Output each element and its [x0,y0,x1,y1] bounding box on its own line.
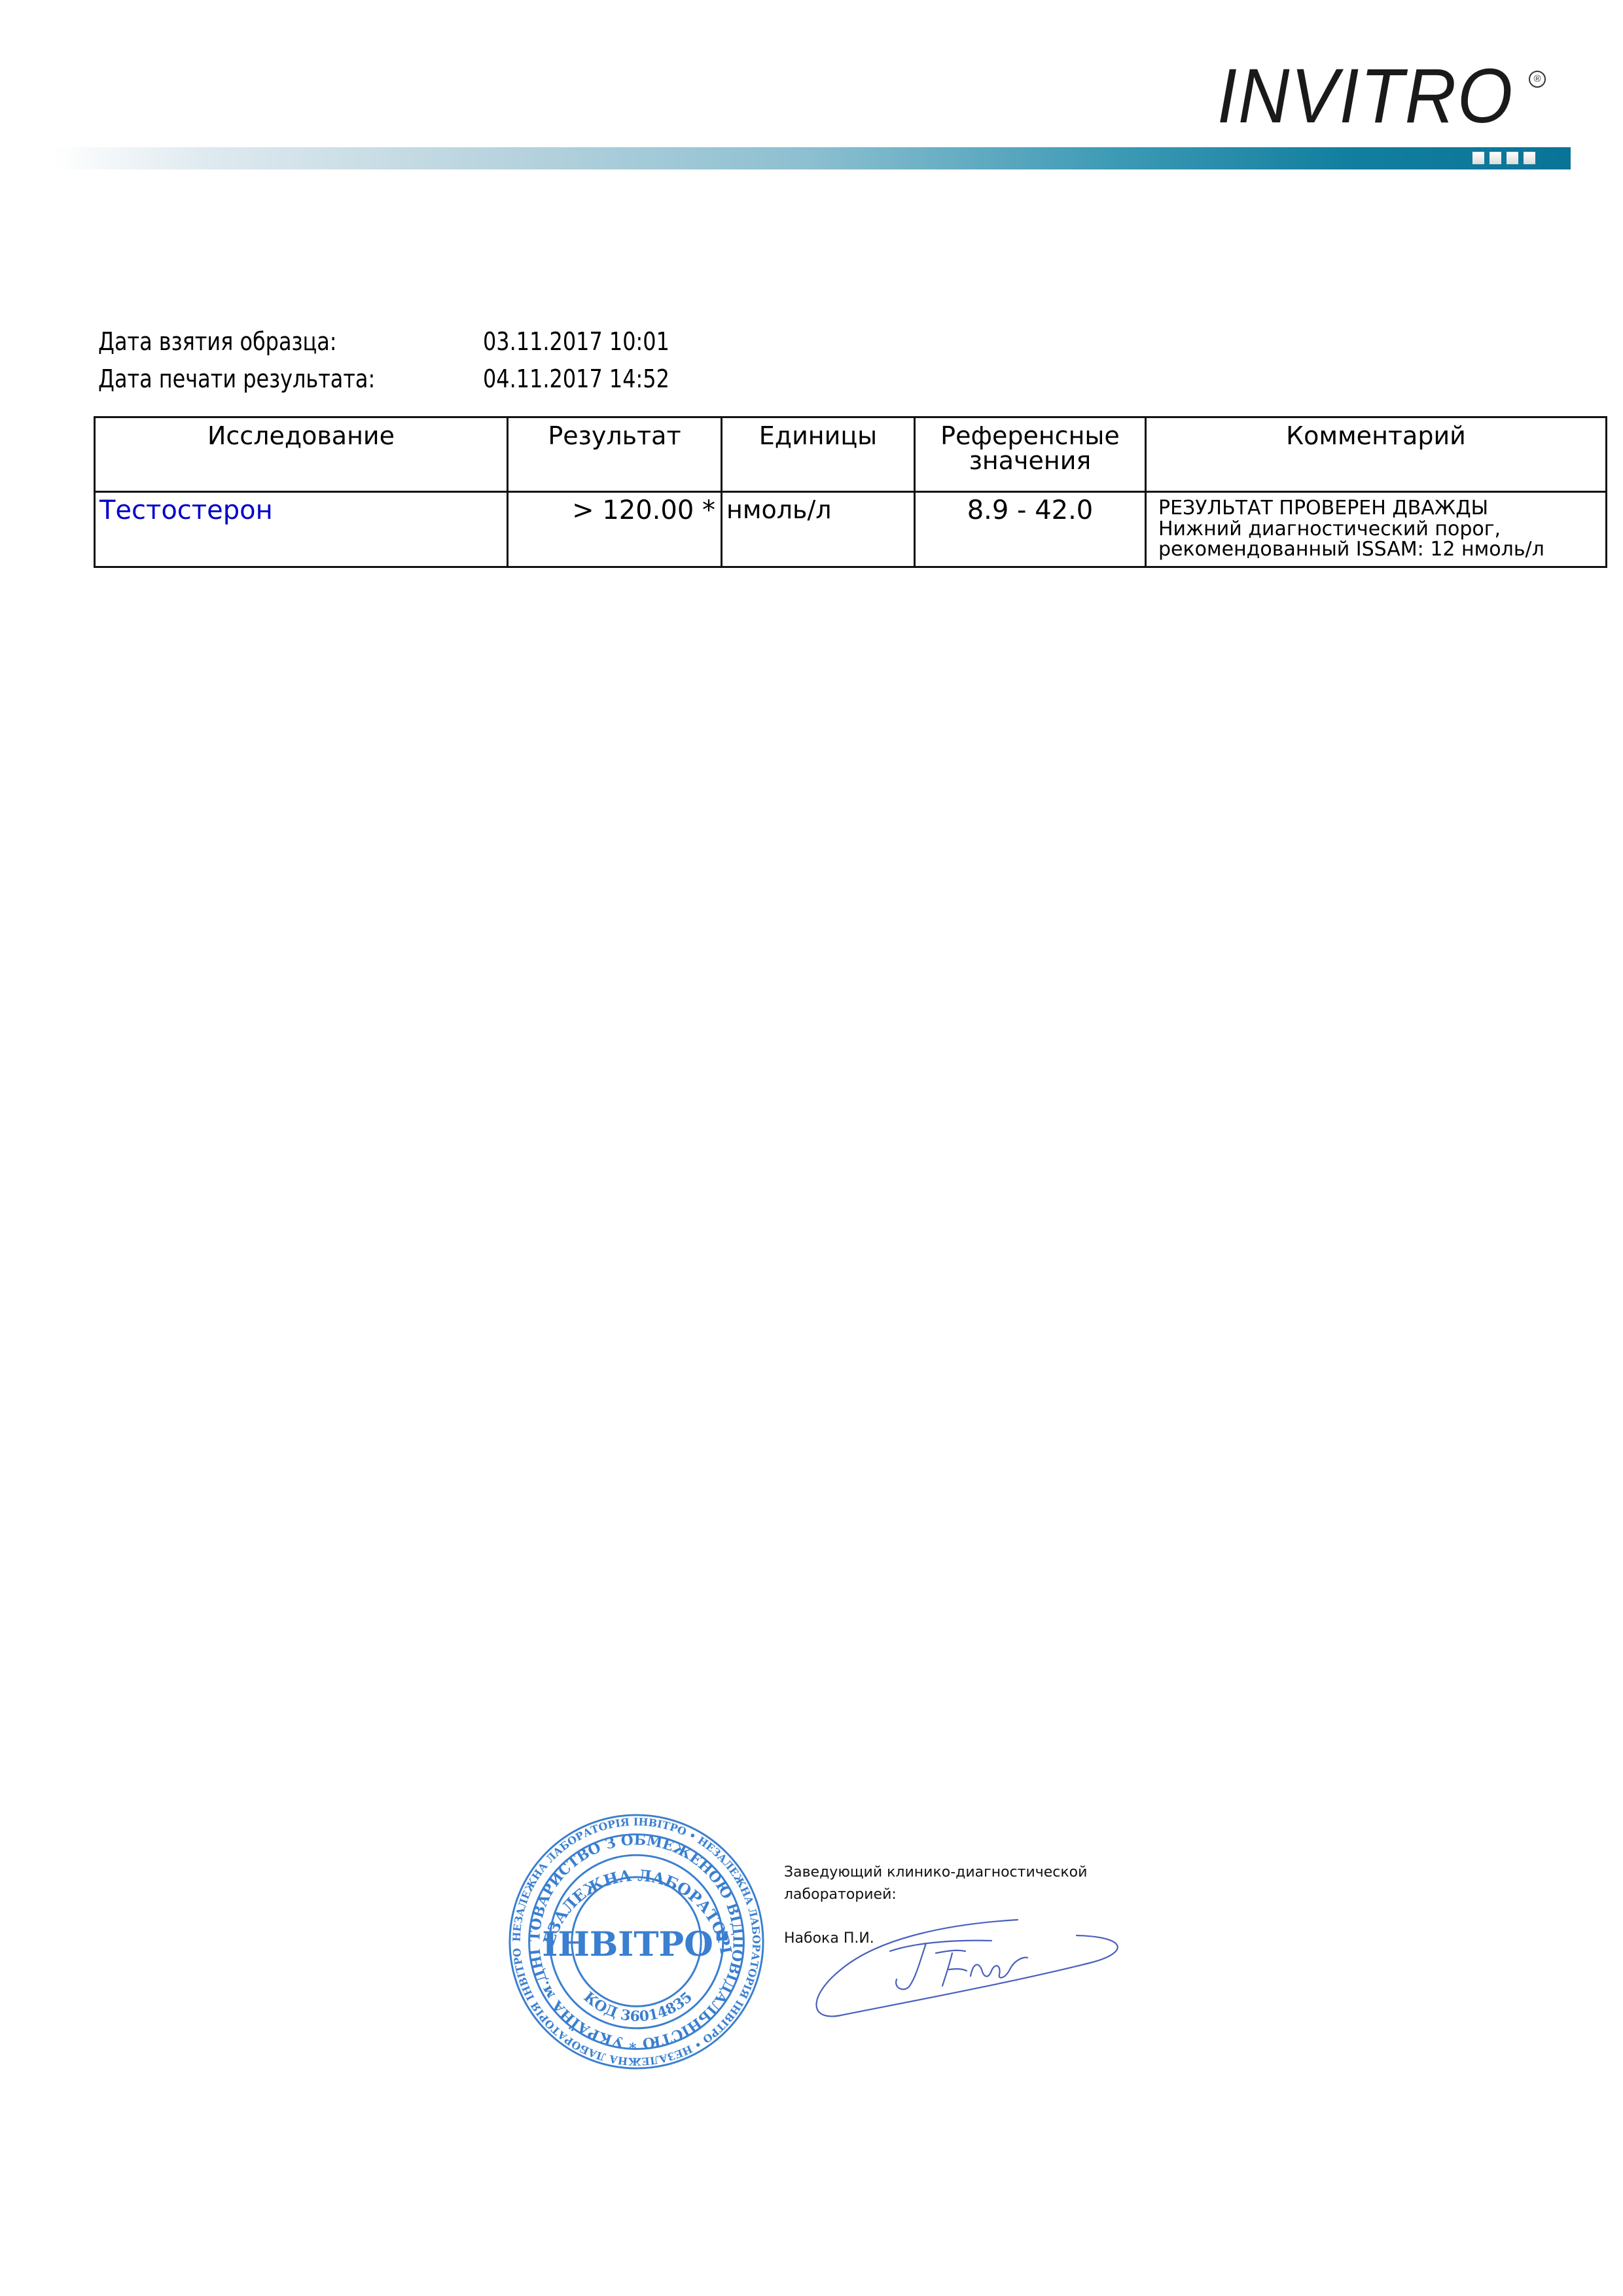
invitro-logo: INVITRO [1217,58,1514,135]
print-date-value: 04.11.2017 14:52 [483,364,669,393]
signature-title-line1: Заведующий клинико-диагностической [784,1862,1087,1884]
sample-date-value: 03.11.2017 10:01 [483,327,669,356]
test-name-link[interactable]: Тестостерон [95,492,508,567]
signature-title: Заведующий клинико-диагностической лабор… [784,1862,1087,1906]
signature-title-line2: лабораторией: [784,1884,1087,1906]
header-units: Единицы [722,417,915,492]
units-value: нмоль/л [722,492,915,567]
reference-range: 8.9 - 42.0 [915,492,1146,567]
comment-cell: РЕЗУЛЬТАТ ПРОВЕРЕН ДВАЖДЫ Нижний диагнос… [1146,492,1607,567]
laboratory-stamp-icon: НЕЗАЛЕЖНА ЛАБОРАТОРІЯ ІНВІТРО • НЕЗАЛЕЖН… [507,1812,766,2071]
brand-gradient-bar [52,147,1571,169]
comment-line: РЕЗУЛЬТАТ ПРОВЕРЕН ДВАЖДЫ [1158,498,1605,519]
table-header-row: Исследование Результат Единицы Референсн… [95,417,1607,492]
sample-date-label: Дата взятия образца: [98,329,483,354]
header-result: Результат [508,417,722,492]
table-row: Тестостерон > 120.00 * нмоль/л 8.9 - 42.… [95,492,1607,567]
handwritten-signature-icon [802,1917,1129,2022]
results-table: Исследование Результат Единицы Референсн… [94,416,1607,568]
print-date-label: Дата печати результата: [98,366,483,391]
header-comment: Комментарий [1146,417,1607,492]
header-test: Исследование [95,417,508,492]
print-date-row: Дата печати результата:04.11.2017 14:52 [98,366,669,391]
header-reference: Референсныезначения [915,417,1146,492]
sample-date-row: Дата взятия образца:03.11.2017 10:01 [98,329,669,354]
result-value: > 120.00 * [508,492,722,567]
comment-line: Нижний диагностический порог, [1158,519,1605,540]
brand-squares-icon [1472,152,1535,164]
comment-line: рекомендованный ISSAM: 12 нмоль/л [1158,539,1605,560]
svg-text:ІНВІТРО": ІНВІТРО" [542,1925,730,1964]
registered-mark-icon: ® [1529,71,1546,88]
